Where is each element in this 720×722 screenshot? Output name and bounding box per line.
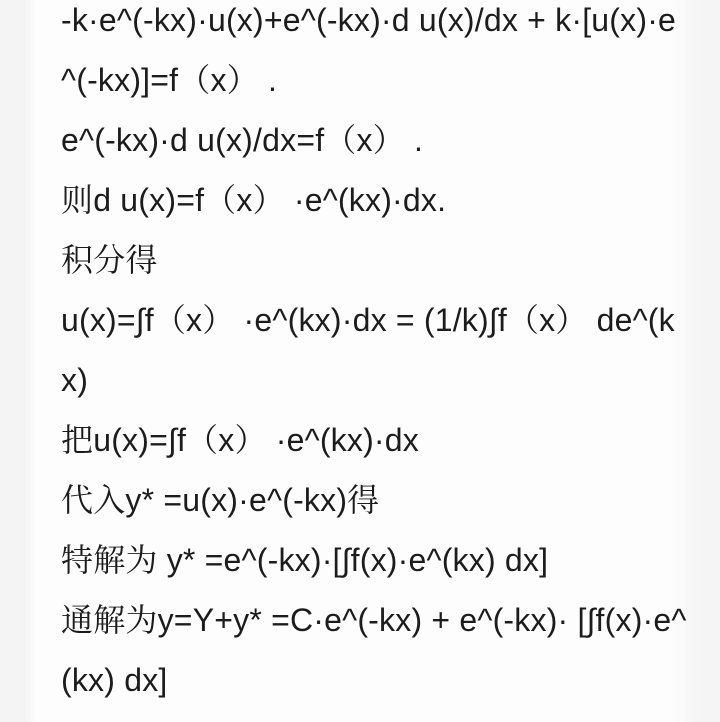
math-line-12: (kx) dx]: [61, 650, 690, 710]
math-line-9: 代入y* =u(x)·e^(-kx)得: [61, 470, 690, 530]
math-line-1: -k·e^(-kx)·u(x)+e^(-kx)·d u(x)/dx + k·[u…: [61, 0, 690, 50]
math-line-8: 把u(x)=∫f（x） ·e^(kx)·dx: [61, 410, 690, 470]
math-line-5: 积分得: [61, 230, 690, 290]
math-line-6: u(x)=∫f（x） ·e^(kx)·dx = (1/k)∫f（x） de^(k: [61, 290, 690, 350]
math-line-10: 特解为 y* =e^(-kx)·[∫f(x)·e^(kx) dx]: [61, 530, 690, 590]
math-text-page: -k·e^(-kx)·u(x)+e^(-kx)·d u(x)/dx + k·[u…: [0, 0, 720, 710]
math-line-3: e^(-kx)·d u(x)/dx=f（x） .: [61, 110, 690, 170]
math-line-7: x): [61, 350, 690, 410]
math-line-11: 通解为y=Y+y* =C·e^(-kx) + e^(-kx)· [∫f(x)·e…: [61, 590, 690, 650]
math-line-4: 则d u(x)=f（x） ·e^(kx)·dx.: [61, 170, 690, 230]
math-line-2: ^(-kx)]=f（x） .: [61, 50, 690, 110]
